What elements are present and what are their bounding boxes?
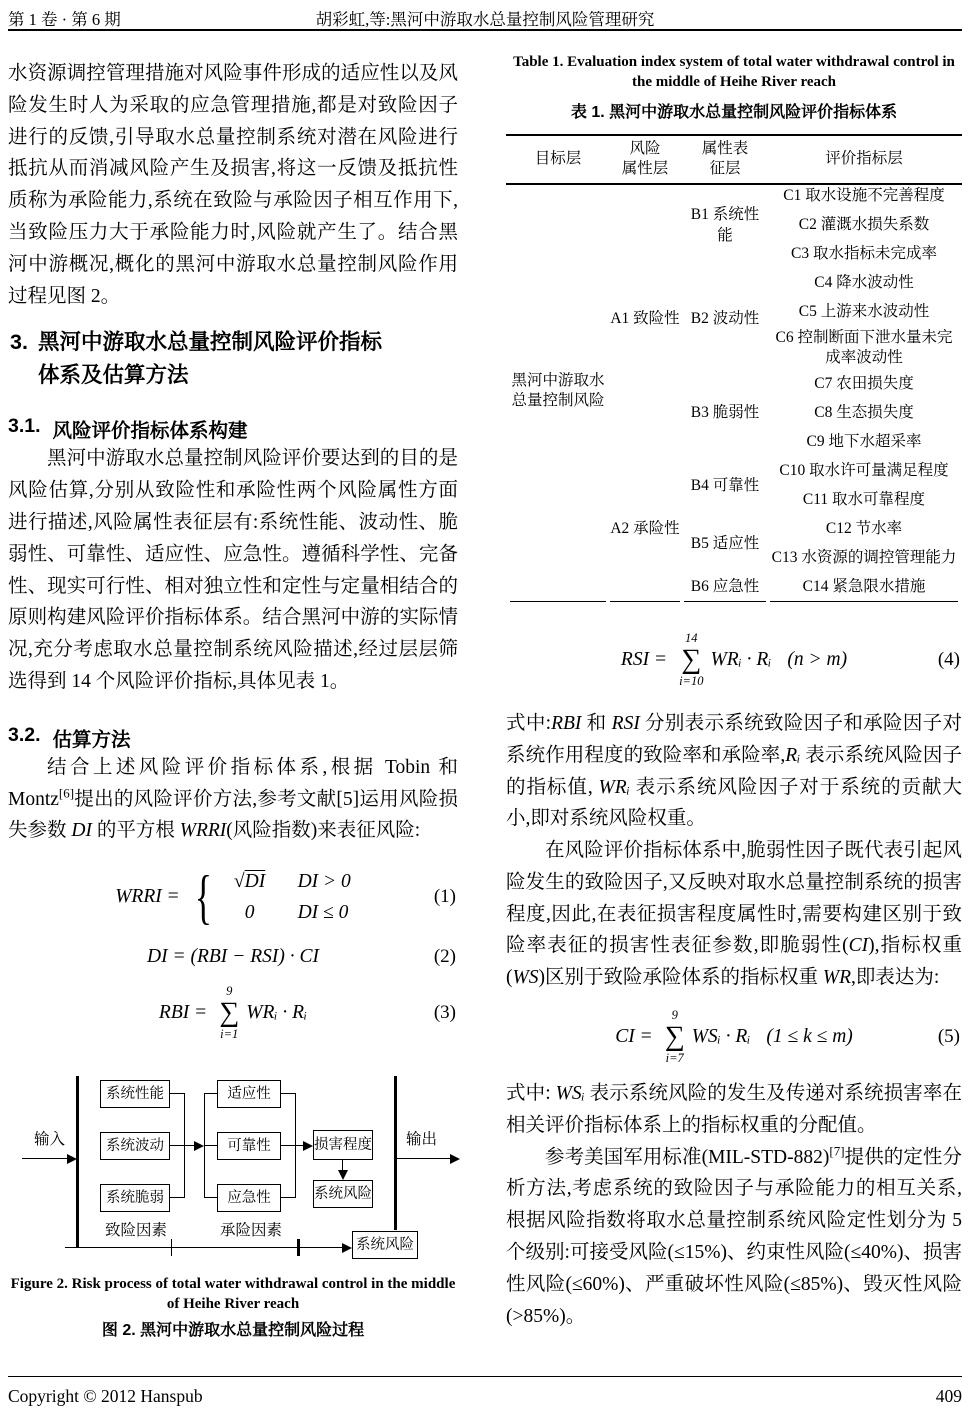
connector-line — [204, 1093, 217, 1094]
heading-line: 黑河中游取水总量控制风险评价指标 — [38, 326, 382, 359]
table-1: 目标层 风险属性层 属性表征层 评价指标层 黑河中游取水总量控制风险 A1 致险… — [506, 134, 962, 602]
sqrt-symbol: √ — [234, 871, 245, 892]
right-column: Table 1. Evaluation index system of tota… — [506, 33, 962, 1340]
section-heading-3-2: 3.2. 估算方法 — [8, 724, 458, 752]
copyright-text: Copyright © 2012 Hanspub — [8, 1386, 203, 1407]
heading-number: 3. — [10, 326, 28, 392]
box-system-performance: 系统性能 — [100, 1080, 170, 1108]
c1-cell: C1 取水设施不完善程度 — [770, 182, 958, 211]
c5-cell: C5 上游来水波动性 — [770, 298, 958, 327]
col-header-index-layer: 评价指标层 — [770, 136, 958, 182]
box-system-risk-upper: 系统风险 — [313, 1180, 373, 1208]
heading-number: 3.2. — [8, 724, 41, 752]
figure-caption-en: Figure 2. Risk process of total water wi… — [8, 1275, 458, 1314]
two-column-body: 水资源调控管理措施对风险事件形成的适应性以及风险发生时人为采取的应急管理措施,都… — [8, 33, 962, 1340]
bottom-arrowhead-icon — [342, 1243, 352, 1253]
c8-cell: C8 生态损失度 — [770, 399, 958, 428]
header-line: 属性表 — [684, 139, 766, 159]
summation: 14 ∑ i=10 — [679, 631, 703, 688]
input-label: 输入 — [34, 1127, 65, 1149]
left-column: 水资源调控管理措施对风险事件形成的适应性以及风险发生时人为采取的应急管理措施,都… — [8, 33, 458, 1340]
sum-lower-limit: i=7 — [666, 1051, 684, 1065]
text-run: 式中: — [506, 713, 551, 734]
case-rows: √DI DI > 0 0 DI ≤ 0 — [218, 866, 351, 928]
summation: 9 ∑ i=7 — [665, 1008, 685, 1065]
section-heading-3-1: 3.1. 风险评价指标体系构建 — [8, 415, 458, 443]
box-reliability: 可靠性 — [217, 1132, 281, 1160]
col-header-goal-layer: 目标层 — [510, 136, 606, 182]
var-WSi: WSᵢ — [556, 1083, 585, 1104]
c13-cell: C13 水资源的调控管理能力 — [770, 544, 958, 573]
equals-sign: = — [655, 649, 666, 671]
case-row: √DI DI > 0 — [218, 866, 351, 897]
c4-cell: C4 降水波动性 — [770, 269, 958, 298]
table-header-row: 目标层 风险属性层 属性表征层 评价指标层 — [510, 136, 958, 182]
text-run: 式中: — [506, 1083, 556, 1104]
b4-cell: B4 可靠性 — [684, 457, 766, 515]
goal-cell: 黑河中游取水总量控制风险 — [510, 182, 606, 602]
case-value: 0 — [218, 902, 282, 924]
a1-cell: A1 致险性 — [610, 182, 680, 457]
flow-arrowhead-icon — [303, 1141, 313, 1151]
running-title: 胡彩虹,等:黑河中游取水总量控制风险管理研究 — [8, 6, 962, 30]
equals-sign: = — [168, 886, 179, 908]
hazard-factors-label: 致险因素 — [105, 1218, 167, 1240]
case-brace: { — [195, 867, 212, 927]
case-row: 0 DI ≤ 0 — [218, 897, 351, 928]
heading-number: 3.1. — [8, 415, 41, 443]
text-run: 和 — [581, 713, 611, 734]
equals-sign: = — [195, 1002, 206, 1024]
paragraph: 黑河中游取水总量控制风险评价要达到的目的是风险估算,分别从致险性和承险性两个风险… — [8, 443, 458, 697]
box-emergency: 应急性 — [217, 1184, 281, 1212]
flow-arrowhead-icon — [194, 1141, 204, 1151]
b5-cell: B5 适应性 — [684, 515, 766, 573]
eq-body: WSᵢ · Rᵢ — [692, 1026, 751, 1048]
radicand: DI — [245, 871, 266, 892]
sum-lower-limit: i=10 — [679, 674, 703, 688]
figure-2-flowchart: 输入 系统性能 系统波动 系统脆弱 适应性 可靠性 应急性 — [8, 1071, 463, 1263]
input-boundary-line — [76, 1076, 79, 1248]
case-condition: DI > 0 — [298, 871, 351, 893]
heading-text: 风险评价指标体系构建 — [53, 415, 248, 443]
equals-sign: = — [641, 1026, 652, 1048]
sigma-symbol: ∑ — [219, 999, 239, 1028]
page-footer: Copyright © 2012 Hanspub 409 — [8, 1376, 962, 1407]
figure-caption-zh: 图 2. 黑河中游取水总量控制风险过程 — [8, 1317, 458, 1340]
eq-lhs: CI — [615, 1026, 635, 1048]
tick-mark — [171, 1239, 172, 1256]
b3-cell: B3 脆弱性 — [684, 370, 766, 457]
text-run: 提供的定性分析方法,考虑系统的致险因子与承险能力的相互关系,根据风险指数将取水总… — [506, 1147, 962, 1327]
connector-line — [204, 1197, 217, 1198]
text-run: )区别于致险承险体系的指标权重 — [539, 967, 823, 988]
connector-line — [281, 1197, 295, 1198]
var-RBI: RBI — [551, 713, 581, 734]
var-WRi: WRᵢ — [599, 777, 630, 798]
bottom-flow-line — [65, 1247, 343, 1248]
sigma-symbol: ∑ — [681, 646, 701, 675]
col-header-risk-attribute-layer: 风险属性层 — [610, 136, 680, 182]
paragraph: 在风险评价指标体系中,脆弱性因子既代表引起风险发生的致险因子,又反映对取水总量控… — [506, 835, 962, 994]
c6-cell: C6 控制断面下泄水量未完成率波动性 — [770, 327, 958, 370]
output-arrow-line — [396, 1158, 451, 1159]
section-heading-3: 3. 黑河中游取水总量控制风险评价指标 体系及估算方法 — [10, 326, 458, 392]
box-system-fluctuation: 系统波动 — [100, 1132, 170, 1160]
heading-text: 估算方法 — [53, 724, 131, 752]
box-system-fragility: 系统脆弱 — [100, 1184, 170, 1212]
equation-number: (4) — [938, 649, 960, 671]
table-caption-en: Table 1. Evaluation index system of tota… — [506, 53, 962, 92]
table-header-rule — [506, 183, 962, 185]
var-WS: WS — [513, 967, 539, 988]
header-line: 征层 — [684, 159, 766, 179]
c7-cell: C7 农田损失度 — [770, 370, 958, 399]
var-RSI: RSI — [612, 713, 640, 734]
down-arrowhead-icon — [338, 1170, 348, 1180]
connector-line — [170, 1093, 185, 1094]
var-Ri: Rᵢ — [785, 745, 800, 766]
c10-cell: C10 取水许可量满足程度 — [770, 457, 958, 486]
eq-lhs: WRRI — [115, 886, 162, 908]
var-WRRI: WRRI — [180, 820, 227, 841]
c3-cell: C3 取水指标未完成率 — [770, 240, 958, 269]
eq-lhs: RBI — [159, 1002, 189, 1024]
c14-cell: C14 紧急限水措施 — [770, 573, 958, 602]
citation-7: [7] — [829, 1143, 844, 1158]
table-row: 黑河中游取水总量控制风险 A1 致险性 B1 系统性能 C1 取水设施不完善程度 — [510, 182, 958, 211]
connector-line — [281, 1145, 295, 1146]
text-run: 参考美国军用标准(MIL-STD-882) — [545, 1147, 829, 1168]
case-value: √DI — [218, 871, 282, 893]
sum-lower-limit: i=1 — [220, 1027, 238, 1041]
bearing-factors-label: 承险因素 — [220, 1218, 282, 1240]
eq-condition: (n > m) — [787, 649, 847, 671]
page-header: 第 1 卷 · 第 6 期 胡彩虹,等:黑河中游取水总量控制风险管理研究 — [8, 0, 962, 31]
connector-line — [170, 1197, 185, 1198]
header-line: 属性层 — [610, 159, 680, 179]
connector-line — [170, 1145, 185, 1146]
eq-body: WRᵢ · Rᵢ — [710, 649, 771, 671]
equation-number: (1) — [434, 886, 456, 908]
text-run: 的平方根 — [92, 820, 180, 841]
output-boundary-line — [394, 1076, 397, 1230]
eq-body: WRᵢ · Rᵢ — [246, 1002, 307, 1024]
c11-cell: C11 取水可靠程度 — [770, 486, 958, 515]
table-grid: 目标层 风险属性层 属性表征层 评价指标层 黑河中游取水总量控制风险 A1 致险… — [506, 136, 962, 602]
b1-cell: B1 系统性能 — [684, 182, 766, 269]
c9-cell: C9 地下水超采率 — [770, 428, 958, 457]
connector-line — [281, 1093, 295, 1094]
eq-lhs: RSI — [621, 649, 649, 671]
paragraph: 参考美国军用标准(MIL-STD-882)[7]提供的定性分析方法,考虑系统的致… — [506, 1142, 962, 1333]
var-DI: DI — [71, 820, 92, 841]
page-number: 409 — [936, 1386, 962, 1407]
text-run: ,即表达为: — [851, 967, 939, 988]
paragraph: 结合上述风险评价指标体系,根据 Tobin 和 Montz[6]提出的风险评价方… — [8, 752, 458, 847]
box-system-risk-bottom: 系统风险 — [352, 1231, 418, 1259]
table-caption-zh: 表 1. 黑河中游取水总量控制风险评价指标体系 — [506, 99, 962, 122]
box-adaptability: 适应性 — [217, 1080, 281, 1108]
sigma-symbol: ∑ — [665, 1023, 685, 1052]
paragraph: 式中: WSᵢ 表示系统风险的发生及传递对系统损害率在相关评价指标体系上的指标权… — [506, 1078, 962, 1142]
equation-number: (2) — [434, 946, 456, 968]
connector-line — [204, 1145, 217, 1146]
c2-cell: C2 灌溉水损失系数 — [770, 211, 958, 240]
paper-page: 第 1 卷 · 第 6 期 胡彩虹,等:黑河中游取水总量控制风险管理研究 水资源… — [0, 0, 970, 1414]
input-arrow-line — [22, 1158, 69, 1159]
equation-number: (3) — [434, 1002, 456, 1024]
citation-6: [6] — [59, 785, 74, 800]
case-condition: DI ≤ 0 — [298, 902, 349, 924]
equation-3: RBI = 9 ∑ i=1 WRᵢ · Rᵢ (3) — [8, 984, 458, 1042]
a2-cell: A2 承险性 — [610, 457, 680, 602]
equation-1: WRRI = { √DI DI > 0 0 DI ≤ 0 (1) — [8, 864, 458, 930]
eq-body: DI = (RBI − RSI) · CI — [147, 946, 319, 968]
summation: 9 ∑ i=1 — [219, 984, 239, 1041]
b6-cell: B6 应急性 — [684, 573, 766, 602]
output-label: 输出 — [406, 1127, 437, 1149]
heading-line: 体系及估算方法 — [38, 359, 382, 392]
b2-cell: B2 波动性 — [684, 269, 766, 370]
var-WR: WR — [823, 967, 851, 988]
equation-2: DI = (RBI − RSI) · CI (2) — [8, 939, 458, 975]
equation-5: CI = 9 ∑ i=7 WSᵢ · Rᵢ (1 ≤ k ≤ m) (5) — [506, 1006, 962, 1068]
text-run: (风险指数)来表征风险: — [226, 820, 420, 841]
c12-cell: C12 节水率 — [770, 515, 958, 544]
equation-number: (5) — [938, 1026, 960, 1048]
paragraph: 水资源调控管理措施对风险事件形成的适应性以及风险发生时人为采取的应急管理措施,都… — [8, 58, 458, 312]
paragraph: 式中:RBI 和 RSI 分别表示系统致险因子和承险因子对系统作用程度的致险率和… — [506, 708, 962, 835]
output-arrowhead-icon — [450, 1154, 460, 1164]
box-damage-degree: 损害程度 — [313, 1130, 373, 1160]
eq-condition: (1 ≤ k ≤ m) — [766, 1026, 852, 1048]
header-line: 风险 — [610, 139, 680, 159]
col-header-attribute-layer: 属性表征层 — [684, 136, 766, 182]
var-CI: CI — [849, 935, 869, 956]
equation-4: RSI = 14 ∑ i=10 WRᵢ · Rᵢ (n > m) (4) — [506, 626, 962, 694]
tick-mark — [297, 1239, 300, 1256]
